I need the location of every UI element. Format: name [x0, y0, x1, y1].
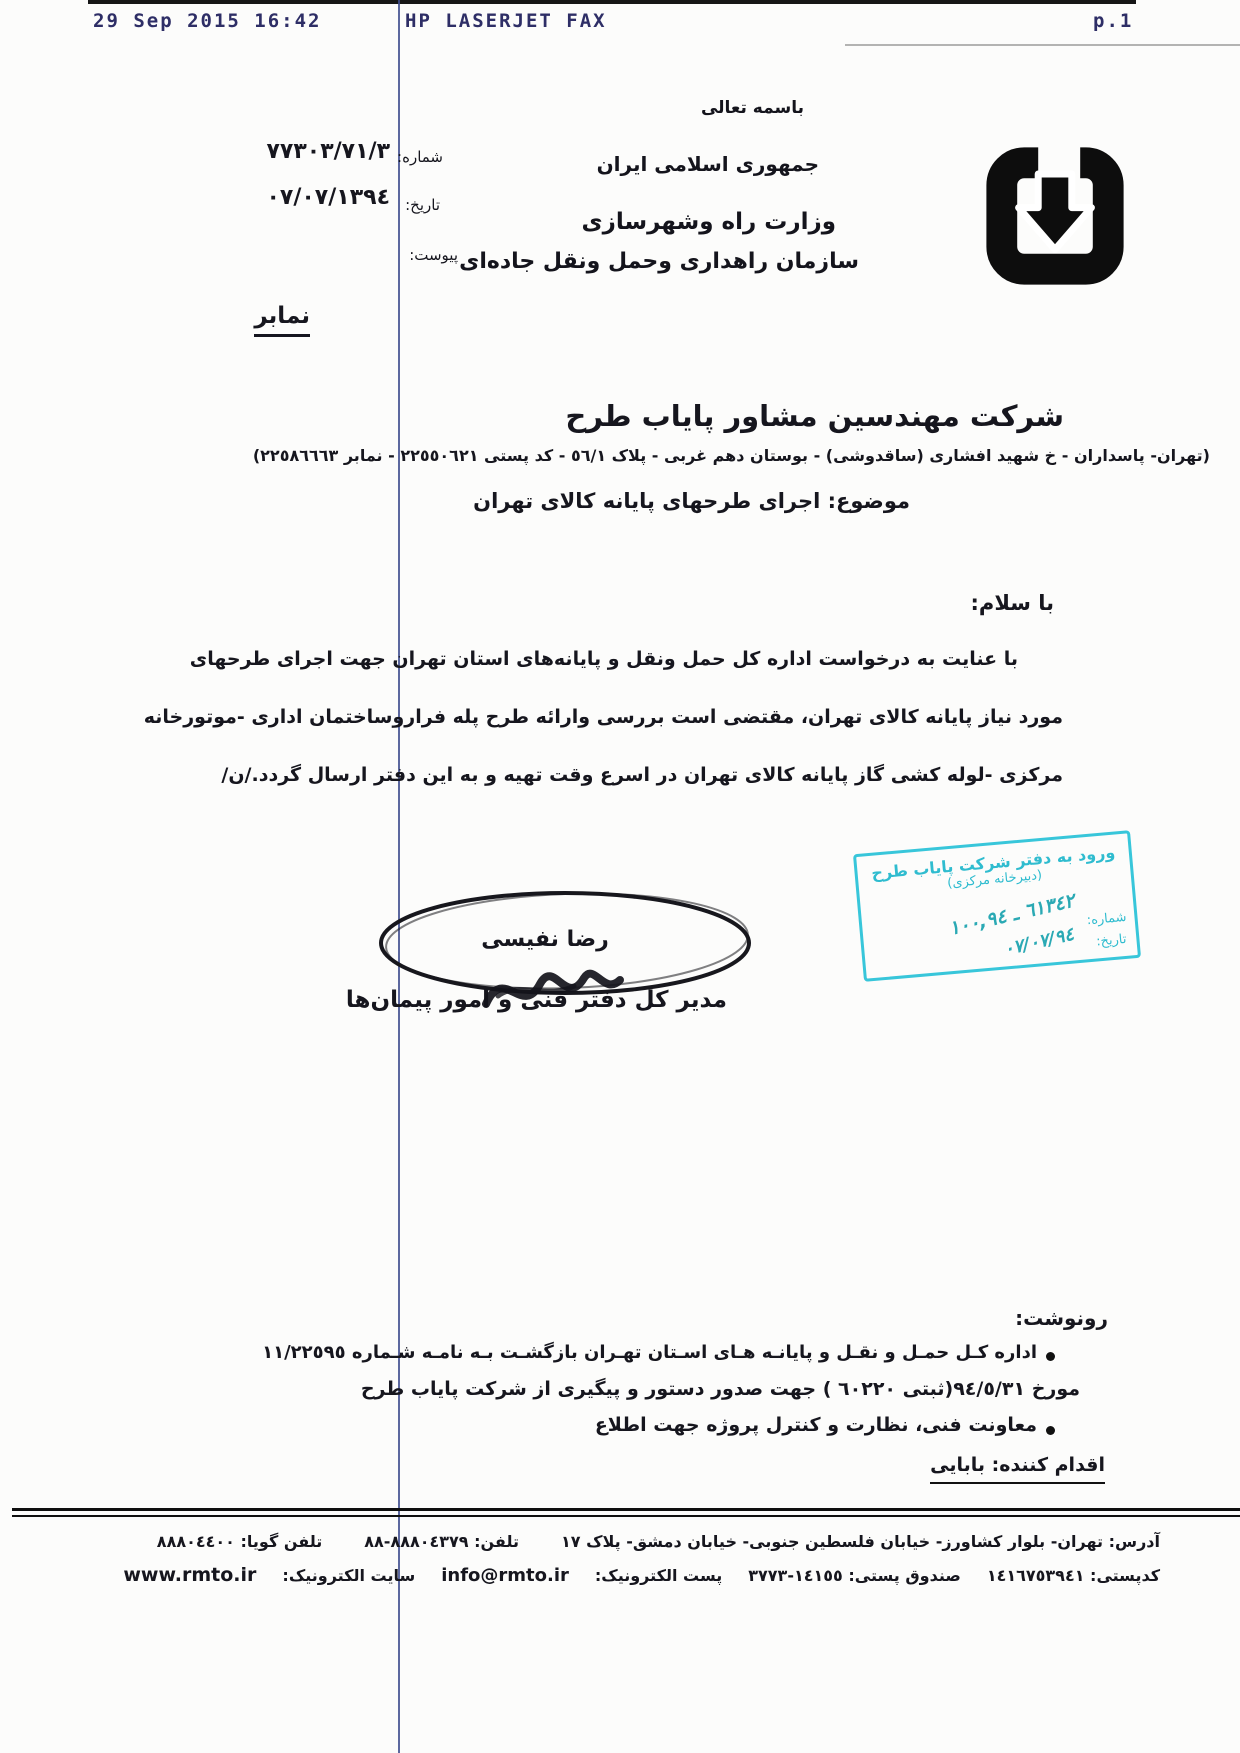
cc-item-1-line-2: مورخ ۹٤/٥/۳۱(ثبتی ٦۰۲۲۰ ) جهت صدور دستور… [361, 1378, 1080, 1402]
scan-header-line [845, 44, 1240, 46]
footer-po-box: صندوق پستی: ۱٤۱٥٥-۳۷۷۳ [748, 1566, 961, 1586]
footer-postal-code: کدپستی: ۱٤۱٦۷٥۳۹٤۱ [987, 1566, 1160, 1586]
signature-scribble [478, 956, 628, 1026]
action-by-text: اقدام کننده: بابایی [930, 1454, 1105, 1484]
footer-address: آدرس: تهران- بلوار کشاورز- خیابان فلسطین… [561, 1532, 1160, 1552]
body-line-2: مورد نیاز پایانه کالای تهران، مقتضی است … [144, 706, 1063, 730]
cc-bullet-2-dot [1046, 1426, 1055, 1435]
footer-divider [12, 1508, 1240, 1517]
footer-voice-phone: تلفن گویا: ۸۸۸۰٤٤۰۰ [157, 1532, 322, 1552]
footer-site-label: سایت الکترونیک: [282, 1566, 415, 1586]
fax-document-page: 29 Sep 2015 16:42 HP LASERJET FAX p.1 با… [0, 0, 1240, 1753]
footer-line-2: کدپستی: ۱٤۱٦۷٥۳۹٤۱ صندوق پستی: ۱٤۱٥٥-۳۷۷… [123, 1564, 1160, 1588]
ref-date-value: ۱۳۹٤/۰۷/۰۷ [266, 184, 390, 212]
ministry-name: وزارت راه وشهرسازی [582, 208, 836, 237]
rmto-logo-icon [985, 145, 1125, 287]
recipient-address: (تهران- پاسداران - خ شهید افشاری (ساقدوش… [253, 446, 1210, 466]
footer-phone: تلفن: ۸۸۸۰٤۳۷۹-۸۸ [364, 1532, 519, 1552]
cc-item-2: معاونت فنی، نظارت و کنترل پروژه جهت اطلا… [595, 1414, 1037, 1438]
footer-line-1: آدرس: تهران- بلوار کشاورز- خیابان فلسطین… [157, 1532, 1160, 1552]
stamp-date-label: تاریخ: [1096, 932, 1127, 950]
body-line-3: مرکزی -لوله کشی گاز پایانه کالای تهران د… [221, 764, 1063, 788]
attachment-label: پیوست: [409, 246, 458, 265]
cc-label: رونوشت: [1015, 1306, 1108, 1331]
footer-email: info@rmto.ir [441, 1565, 569, 1588]
fax-device-name: HP LASERJET FAX [405, 10, 607, 34]
signer-name: رضا نفیسی [445, 926, 645, 954]
fax-timestamp: 29 Sep 2015 16:42 [93, 10, 321, 34]
country-name: جمهوری اسلامی ایران [597, 152, 819, 177]
registry-stamp: ورود به دفتر شرکت پایاب طرح (دبیرخانه مر… [853, 830, 1141, 982]
scan-fold-line [398, 0, 400, 1753]
ref-date-label: تاریخ: [405, 196, 440, 215]
stamp-number-label: شماره: [1086, 910, 1127, 928]
cc-item-1-line-1: اداره کـل حمـل و نقـل و پایانـه هـای اسـ… [262, 1342, 1037, 1365]
recipient-company-name: شرکت مهندسین مشاور پایاب طرح [565, 398, 1064, 434]
footer-email-label: پست الکترونیک: [595, 1566, 722, 1586]
salutation-text: با سلام: [971, 590, 1054, 616]
footer-website: www.rmto.ir [123, 1564, 256, 1588]
bismillah-text: باسمه تعالی [701, 98, 804, 119]
cc-bullet-1-dot [1046, 1352, 1055, 1361]
ref-number-label: شماره: [397, 148, 443, 167]
fax-page-number: p.1 [1093, 10, 1133, 34]
scan-top-bar [88, 0, 1136, 4]
ref-number-value: ۷۷۳۰۳/۷۱/۳ [267, 138, 391, 166]
subject-line: موضوع: اجرای طرحهای پایانه کالای تهران [473, 488, 910, 514]
stamp-date-handwritten: ۹٤/۰۷/۰۷ [1002, 924, 1076, 960]
body-line-1: با عنایت به درخواست اداره کل حمل ونقل و … [190, 648, 1018, 672]
organization-name: سازمان راهداری وحمل ونقل جاده‌ای [459, 248, 859, 276]
fax-annotation: نمابر [254, 302, 310, 337]
